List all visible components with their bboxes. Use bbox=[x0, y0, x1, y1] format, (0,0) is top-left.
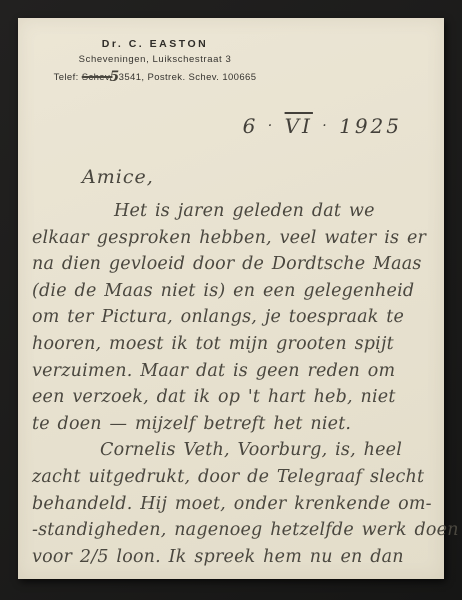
letter-date: 6 · VI · 1925 bbox=[243, 114, 402, 138]
date-separator: · bbox=[268, 118, 275, 134]
body-line: (die de Maas niet is) en een gelegenheid bbox=[32, 278, 440, 305]
letterhead-phone-number: 3541, Postrek. Schev. 100665 bbox=[119, 72, 257, 83]
handwritten-correction-digit: 5 bbox=[109, 69, 119, 85]
salutation: Amice, bbox=[82, 166, 154, 188]
body-line: om ter Pictura, onlangs, je toespraak te bbox=[32, 304, 440, 331]
body-line: voor 2/5 loon. Ik spreek hem nu en dan bbox=[32, 544, 440, 571]
body-line: hooren, moest ik tot mijn grooten spijt bbox=[32, 331, 440, 358]
date-month-roman: VI bbox=[285, 114, 313, 138]
letterhead-phone-line: Telef: Schev.53541, Postrek. Schev. 1006… bbox=[30, 68, 280, 84]
letterhead-address: Scheveningen, Luikschestraat 3 bbox=[30, 54, 280, 65]
letter-body: Het is jaren geleden dat we elkaar gespr… bbox=[32, 198, 440, 570]
body-line: -standigheden, nagenoeg hetzelfde werk d… bbox=[32, 517, 440, 544]
body-line: zacht uitgedrukt, door de Telegraaf slec… bbox=[32, 464, 440, 491]
photo-background: Dr. C. EASTON Scheveningen, Luikschestra… bbox=[0, 0, 462, 600]
letterhead-phone-prefix: Telef: bbox=[54, 72, 82, 83]
letterhead: Dr. C. EASTON Scheveningen, Luikschestra… bbox=[30, 38, 280, 84]
body-line: elkaar gesproken hebben, veel water is e… bbox=[32, 225, 440, 252]
body-line: Cornelis Veth, Voorburg, is, heel bbox=[32, 437, 440, 464]
letterhead-phone-struck-word: Schev. bbox=[82, 72, 113, 83]
body-line: na dien gevloeid door de Dordtsche Maas bbox=[32, 251, 440, 278]
date-day: 6 bbox=[243, 114, 259, 138]
body-line: te doen — mijzelf betreft het niet. bbox=[32, 411, 440, 438]
letterhead-name: Dr. C. EASTON bbox=[30, 38, 280, 50]
date-separator: · bbox=[322, 118, 329, 134]
body-line: verzuimen. Maar dat is geen reden om bbox=[32, 358, 440, 385]
date-year: 1925 bbox=[339, 114, 402, 138]
body-line: Het is jaren geleden dat we bbox=[32, 198, 440, 225]
body-line: een verzoek, dat ik op 't hart heb, niet bbox=[32, 384, 440, 411]
body-line: behandeld. Hij moet, onder krenkende om- bbox=[32, 491, 440, 518]
letter-paper: Dr. C. EASTON Scheveningen, Luikschestra… bbox=[18, 18, 444, 579]
